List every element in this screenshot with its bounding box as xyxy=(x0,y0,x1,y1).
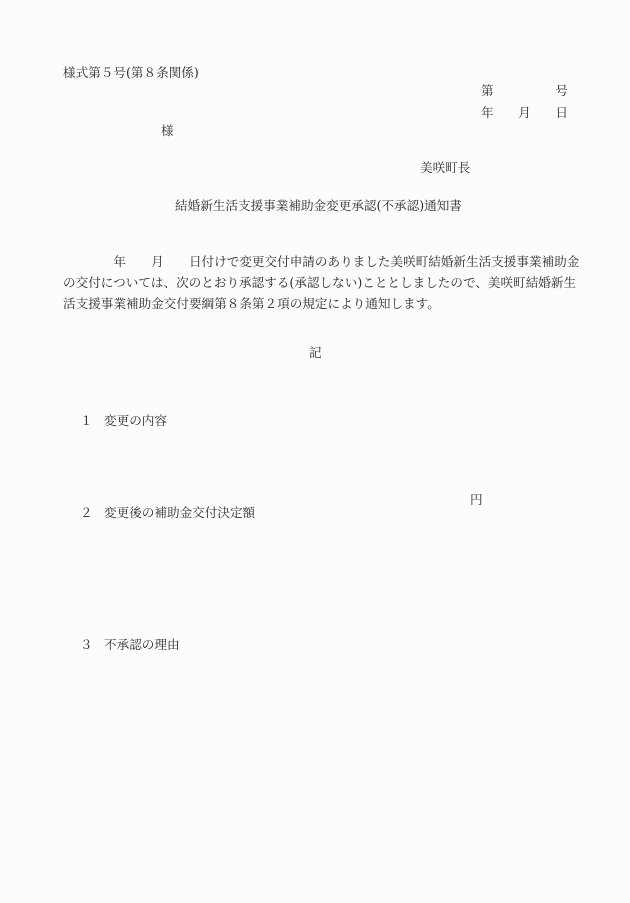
item-rejection-reason: ３不承認の理由 xyxy=(64,626,180,664)
amount-unit-yen: 円 xyxy=(470,494,483,507)
date-year: 年 xyxy=(481,107,494,120)
document-page: 様式第５号(第８条関係) 第 号 年 月 日 様 美咲町長 結婚新生活支援事業補… xyxy=(0,0,630,903)
doc-no-prefix: 第 xyxy=(481,85,494,98)
date-day: 日 xyxy=(555,107,568,120)
item-number: ２ xyxy=(80,507,104,520)
body-line: の交付については、次のとおり承認する(承認しない)こととしましたので、美咲町結婚… xyxy=(63,272,569,293)
item-label: 変更後の補助金交付決定額 xyxy=(104,505,255,520)
issue-date: 年 月 日 xyxy=(481,107,568,120)
item-label: 変更の内容 xyxy=(104,413,167,428)
date-month: 月 xyxy=(518,107,531,120)
item-grant-amount: ２変更後の補助金交付決定額 xyxy=(64,494,255,532)
form-number: 様式第５号(第８条関係) xyxy=(63,67,199,80)
ki-heading: 記 xyxy=(309,347,322,360)
document-title: 結婚新生活支援事業補助金変更承認(不承認)通知書 xyxy=(175,200,462,213)
item-change-content: １変更の内容 xyxy=(64,402,167,440)
doc-no-suffix: 号 xyxy=(555,85,568,98)
item-number: ３ xyxy=(80,639,104,652)
body-paragraph: 年 月 日付けで変更交付申請のありました美咲町結婚新生活支援事業補助金 の交付に… xyxy=(63,251,569,314)
body-line: 活支援事業補助金交付要綱第８条第２項の規定により通知します。 xyxy=(63,293,569,314)
addressee: 様 xyxy=(161,125,174,138)
item-number: １ xyxy=(80,415,104,428)
sender: 美咲町長 xyxy=(420,162,470,175)
item-label: 不承認の理由 xyxy=(104,637,180,652)
document-number: 第 号 xyxy=(481,85,568,98)
body-line: 年 月 日付けで変更交付申請のありました美咲町結婚新生活支援事業補助金 xyxy=(63,251,569,272)
